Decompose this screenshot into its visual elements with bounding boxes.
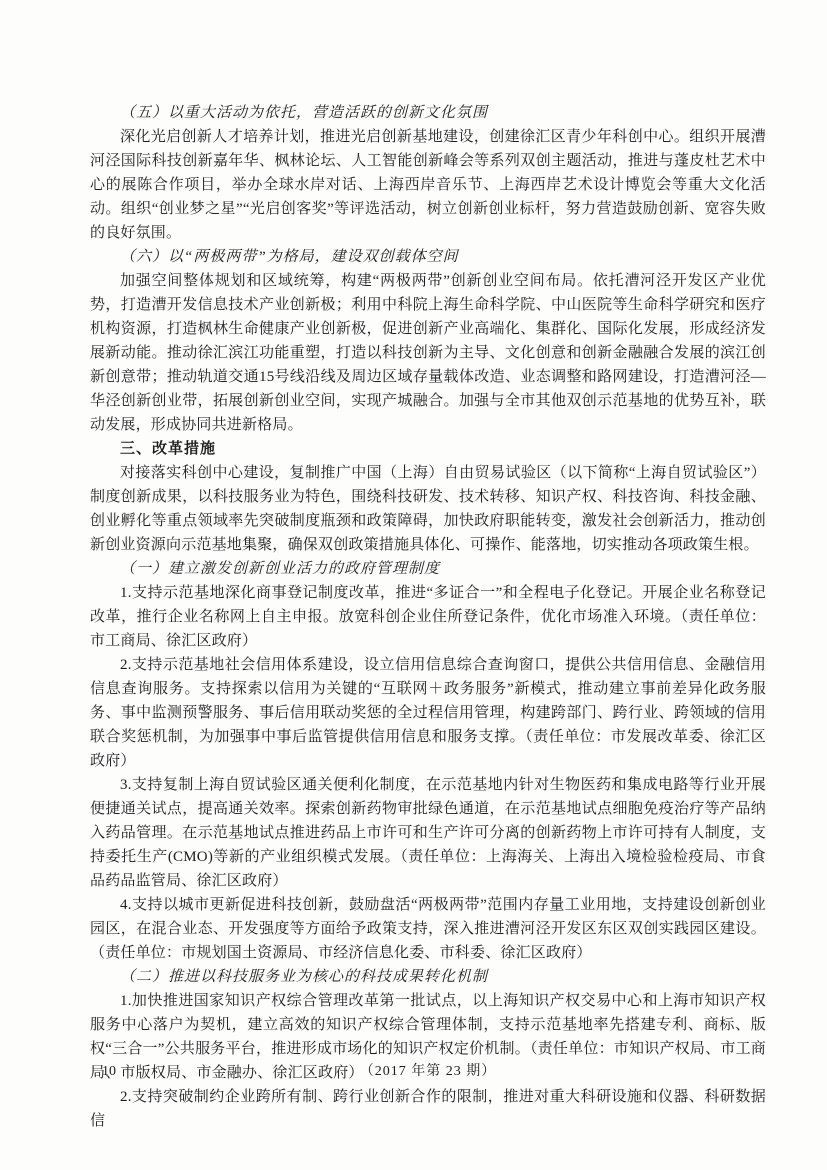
paragraph: 3.支持复制上海自贸试验区通关便利化制度，在示范基地内针对生物医药和集成电路等行… — [90, 773, 766, 893]
paragraph: 2.支持示范基地社会信用体系建设，设立信用信息综合查询窗口，提供公共信用信息、金… — [90, 653, 766, 773]
paragraph: 1.支持示范基地深化商事登记制度改革，推进“多证合一”和全程电子化登记。开展企业… — [90, 581, 766, 653]
page-footer: 10 （2017 年第 23 期） — [90, 1061, 766, 1083]
section-heading-6: （六）以“两极两带”为格局，建设双创载体空间 — [90, 245, 766, 269]
chapter-heading-reform-measures: 三、改革措施 — [90, 437, 766, 461]
paragraph: 对接落实科创中心建设，复制推广中国（上海）自由贸易试验区（以下简称“上海自贸试验… — [90, 461, 766, 557]
issue-label: （2017 年第 23 期） — [90, 1061, 766, 1083]
paragraph: 4.支持以城市更新促进科技创新，鼓励盘活“两极两带”范围内存量工业用地，支持建设… — [90, 893, 766, 965]
paragraph: 深化光启创新人才培养计划，推进光启创新基地建设，创建徐汇区青少年科创中心。组织开… — [90, 125, 766, 245]
document-body: （五）以重大活动为依托，营造活跃的创新文化氛围 深化光启创新人才培养计划，推进光… — [90, 101, 766, 1133]
section-heading-5: （五）以重大活动为依托，营造活跃的创新文化氛围 — [90, 101, 766, 125]
section-heading-1: （一）建立激发创新创业活力的政府管理制度 — [90, 557, 766, 581]
paragraph: 2.支持突破制约企业跨所有制、跨行业创新合作的限制，推进对重大科研设施和仪器、科… — [90, 1085, 766, 1133]
paragraph: 加强空间整体规划和区域统筹，构建“两极两带”创新创业空间布局。依托漕河泾开发区产… — [90, 269, 766, 437]
section-heading-2: （二）推进以科技服务业为核心的科技成果转化机制 — [90, 965, 766, 989]
document-page: （五）以重大活动为依托，营造活跃的创新文化氛围 深化光启创新人才培养计划，推进光… — [0, 0, 827, 1170]
